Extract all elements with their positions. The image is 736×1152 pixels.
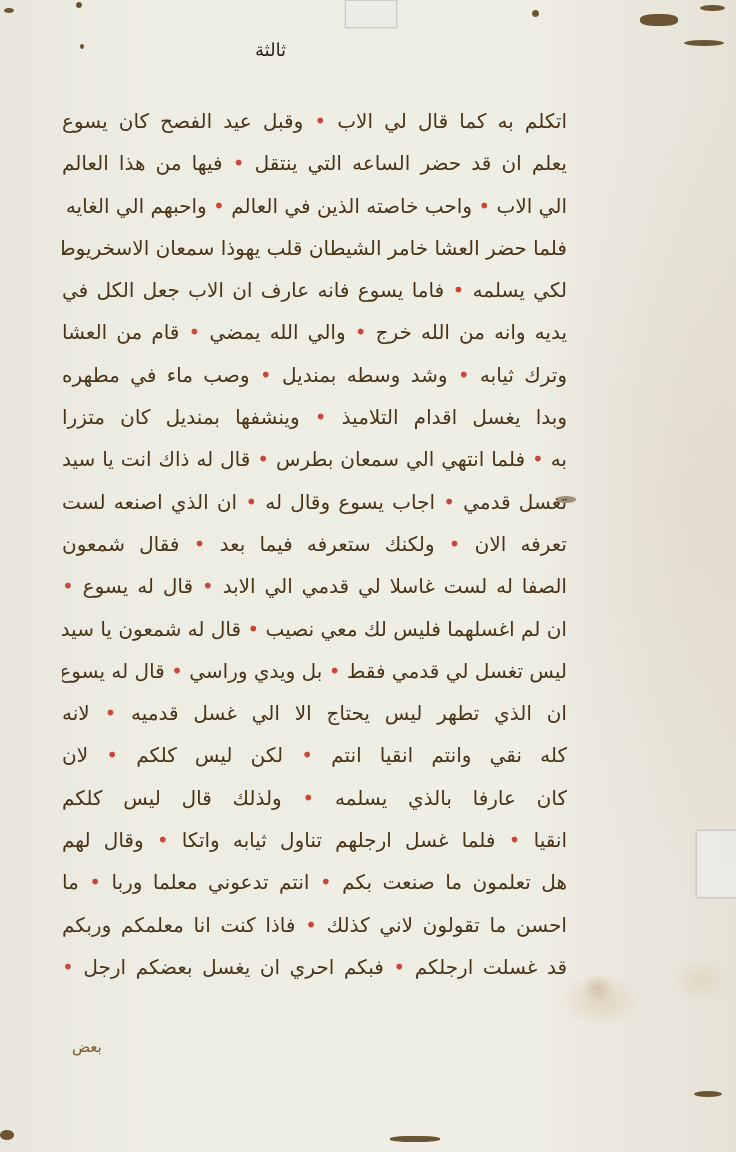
rubric-mark: • [449,532,461,556]
rubric-mark: • [458,363,470,387]
wormhole-stain [694,1091,722,1097]
rubric-mark: • [452,278,464,302]
text-line: انقيا • فلما غسل ارجلهم تناول ثيابه واتك… [62,819,567,861]
rubric-mark: • [213,194,225,218]
text-line: احسن ما تقولون لاني كذلك • فاذا كنت انا … [62,904,567,946]
wormhole-stain [80,44,84,49]
text-line: به • فلما انتهي الي سمعان بطرس • قال له … [62,438,567,480]
rubric-mark: • [301,743,313,767]
text-line: ليس تغسل لي قدمي فقط • بل ويدي وراسي • ق… [62,650,567,692]
rubric-mark: • [302,786,314,810]
wormhole-stain [390,1136,440,1142]
rubric-mark: • [260,363,272,387]
rubric-mark: • [104,701,116,725]
text-line: كان عارفا بالذي يسلمه • ولذلك قال ليس كل… [62,777,567,819]
rubric-mark: • [89,870,101,894]
rubric-mark: • [194,532,206,556]
text-line: فلما حضر العشا خامر الشيطان قلب يهوذا سم… [62,227,567,269]
wormhole-stain [0,1130,14,1140]
rubric-mark: • [315,405,327,429]
rubric-mark: • [478,194,490,218]
rubric-mark: • [355,320,367,344]
mounting-tab [696,830,736,898]
rubric-mark: • [305,913,317,937]
rubric-mark: • [443,490,455,514]
text-line: يديه وانه من الله خرج • والي الله يمضي •… [62,311,567,353]
rubric-mark: • [62,955,74,979]
rubric-mark: • [393,955,405,979]
text-line: الي الاب • واحب خاصته الذين في العالم • … [62,185,567,227]
rubric-mark: • [320,870,332,894]
wormhole-stain [76,2,82,8]
rubric-mark: • [233,151,245,175]
manuscript-page: ثالثة اتكلم به كما قال لي الاب • وقبل عي… [0,0,736,1152]
rubric-mark: • [245,490,257,514]
manuscript-text: اتكلم به كما قال لي الاب • وقبل عيد الفص… [62,100,567,988]
rubric-mark: • [509,828,521,852]
wormhole-stain [532,10,539,17]
wormhole-stain [4,8,14,13]
rubric-mark: • [329,659,341,683]
text-line: كله نقي وانتم انقيا انتم • لكن ليس كلكم … [62,734,567,776]
rubric-mark: • [62,574,74,598]
mounting-tab [345,0,397,28]
rubric-mark: • [202,574,214,598]
text-line: ان الذي تطهر ليس يحتاج الا الي غسل قدميه… [62,692,567,734]
rubric-mark: • [106,743,118,767]
rubric-mark: • [157,828,169,852]
folio-number: ثالثة [255,40,286,61]
wormhole-stain [640,14,678,26]
text-line: ان لم اغسلهما فليس لك معي نصيب • قال له … [62,608,567,650]
rubric-mark: • [188,320,200,344]
wormhole-stain [700,5,725,11]
rubric-mark: • [171,659,183,683]
text-line: الصفا له لست غاسلا لي قدمي الي الابد • ق… [62,565,567,607]
text-line: وترك ثيابه • وشد وسطه بمنديل • وصب ماء ف… [62,354,567,396]
text-line: اتكلم به كما قال لي الاب • وقبل عيد الفص… [62,100,567,142]
text-line: يعلم ان قد حضر الساعه التي ينتقل • فيها … [62,142,567,184]
text-line: لكي يسلمه • فاما يسوع فانه عارف ان الاب … [62,269,567,311]
wormhole-stain [684,40,724,46]
text-line: تغسل قدمي • اجاب يسوع وقال له • ان الذي … [62,481,567,523]
catchword: بعض [72,1038,102,1056]
rubric-mark: • [257,447,269,471]
rubric-mark: • [247,617,259,641]
rubric-mark: • [532,447,544,471]
text-line: تعرفه الان • ولكنك ستعرفه فيما بعد • فقا… [62,523,567,565]
text-line: قد غسلت ارجلكم • فبكم احري ان يغسل بعضكم… [62,946,567,988]
text-line: وبدا يغسل اقدام التلاميذ • وينشفها بمندي… [62,396,567,438]
rubric-mark: • [314,109,326,133]
text-line: هل تعلمون ما صنعت بكم • انتم تدعوني معلم… [62,861,567,903]
